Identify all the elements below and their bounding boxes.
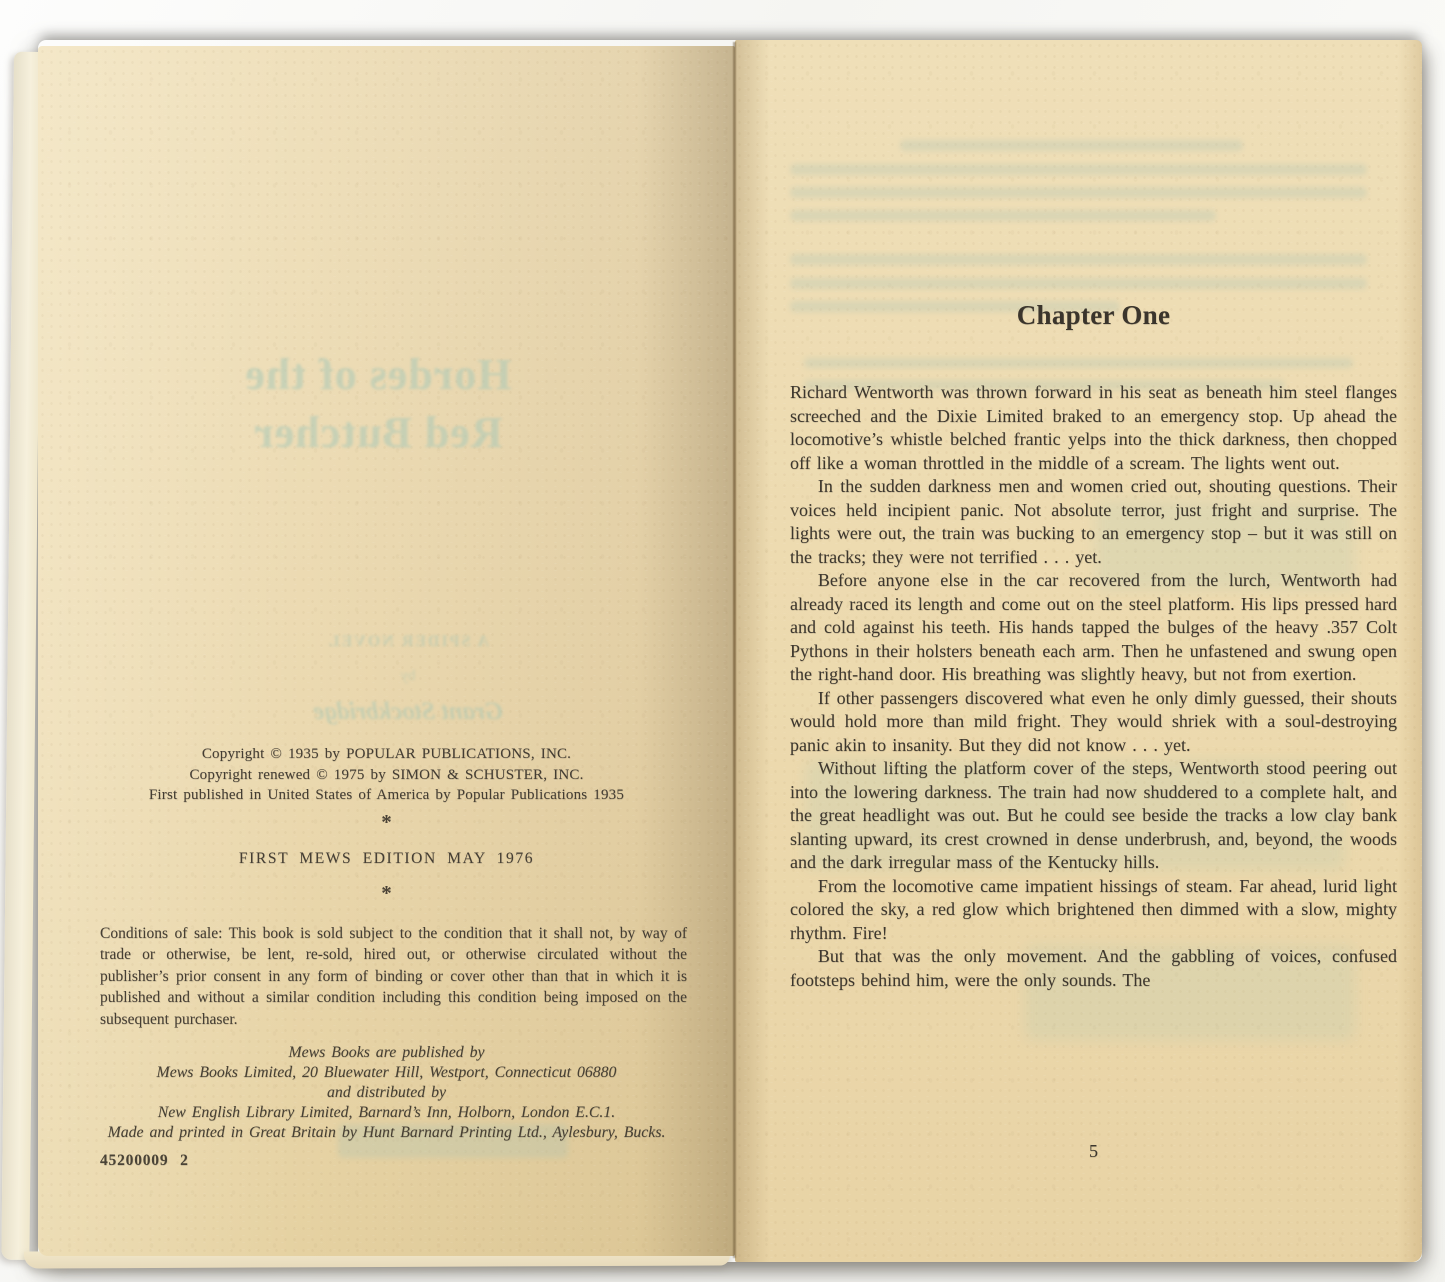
printing-code: 45200009 2 [100,1152,189,1170]
paragraph-3: Before anyone else in the car recovered … [790,569,1397,687]
asterisk-separator-top: * [78,810,695,835]
asterisk-separator-bottom: * [78,881,695,906]
copyright-line-3: First published in United States of Amer… [78,785,695,806]
open-paperback-book: Hordes of the Red Butcher A SPIDER NOVEL… [38,40,1422,1262]
ghost-text-bar [790,210,1216,221]
ghost-text-bar [804,358,1354,368]
edition-line: FIRST MEWS EDITION MAY 1976 [78,850,695,868]
publisher-line-1: Mews Books are published by [78,1043,695,1063]
ghost-series-line: A SPIDER NOVEL [128,633,688,651]
chapter-body: Richard Wentworth was thrown forward in … [790,381,1397,992]
ghost-text-bar [790,164,1367,175]
publisher-line-5: Made and printed in Great Britain by Hun… [78,1123,695,1143]
paragraph-7: But that was the only movement. And the … [790,945,1397,992]
copyright-block: Copyright © 1935 by POPULAR PUBLICATIONS… [78,744,695,806]
left-cover-edge [1,52,42,1260]
paragraph-2: In the sudden darkness men and women cri… [790,475,1397,569]
ghost-text-bar [900,140,1244,151]
paragraph-6: From the locomotive came impatient hissi… [790,875,1397,946]
paragraph-1: Richard Wentworth was thrown forward in … [790,381,1397,475]
ghost-author-line: Grant Stockbridge [128,698,688,726]
chapter-title: Chapter One [790,300,1397,331]
publisher-line-4: New English Library Limited, Barnard’s I… [78,1103,695,1123]
publisher-block: Mews Books are published by Mews Books L… [78,1043,695,1143]
page-number: 5 [790,1141,1397,1162]
ghost-text-bar [790,187,1367,198]
copyright-line-2: Copyright renewed © 1975 by SIMON & SCHU… [78,765,695,786]
ghost-title-line-2: Red Butcher [78,404,678,462]
publisher-line-3: and distributed by [78,1083,695,1103]
ghost-title-showthrough: Hordes of the Red Butcher [78,346,678,462]
chapter-one-page: Chapter One Richard Wentworth was thrown… [735,40,1422,1262]
ghost-title-line-1: Hordes of the [78,346,678,404]
copyright-page: Hordes of the Red Butcher A SPIDER NOVEL… [38,46,735,1256]
publisher-line-2: Mews Books Limited, 20 Bluewater Hill, W… [78,1063,695,1083]
book-spine-gutter [733,42,736,1258]
conditions-of-sale: Conditions of sale: This book is sold su… [100,923,687,1030]
ghost-by-line: by [128,668,688,685]
paragraph-5: Without lifting the platform cover of th… [790,757,1397,875]
copyright-line-1: Copyright © 1935 by POPULAR PUBLICATIONS… [78,744,695,765]
ghost-text-bar [790,278,1367,289]
paragraph-4: If other passengers discovered what even… [790,687,1397,758]
ghost-text-bar [790,254,1367,265]
